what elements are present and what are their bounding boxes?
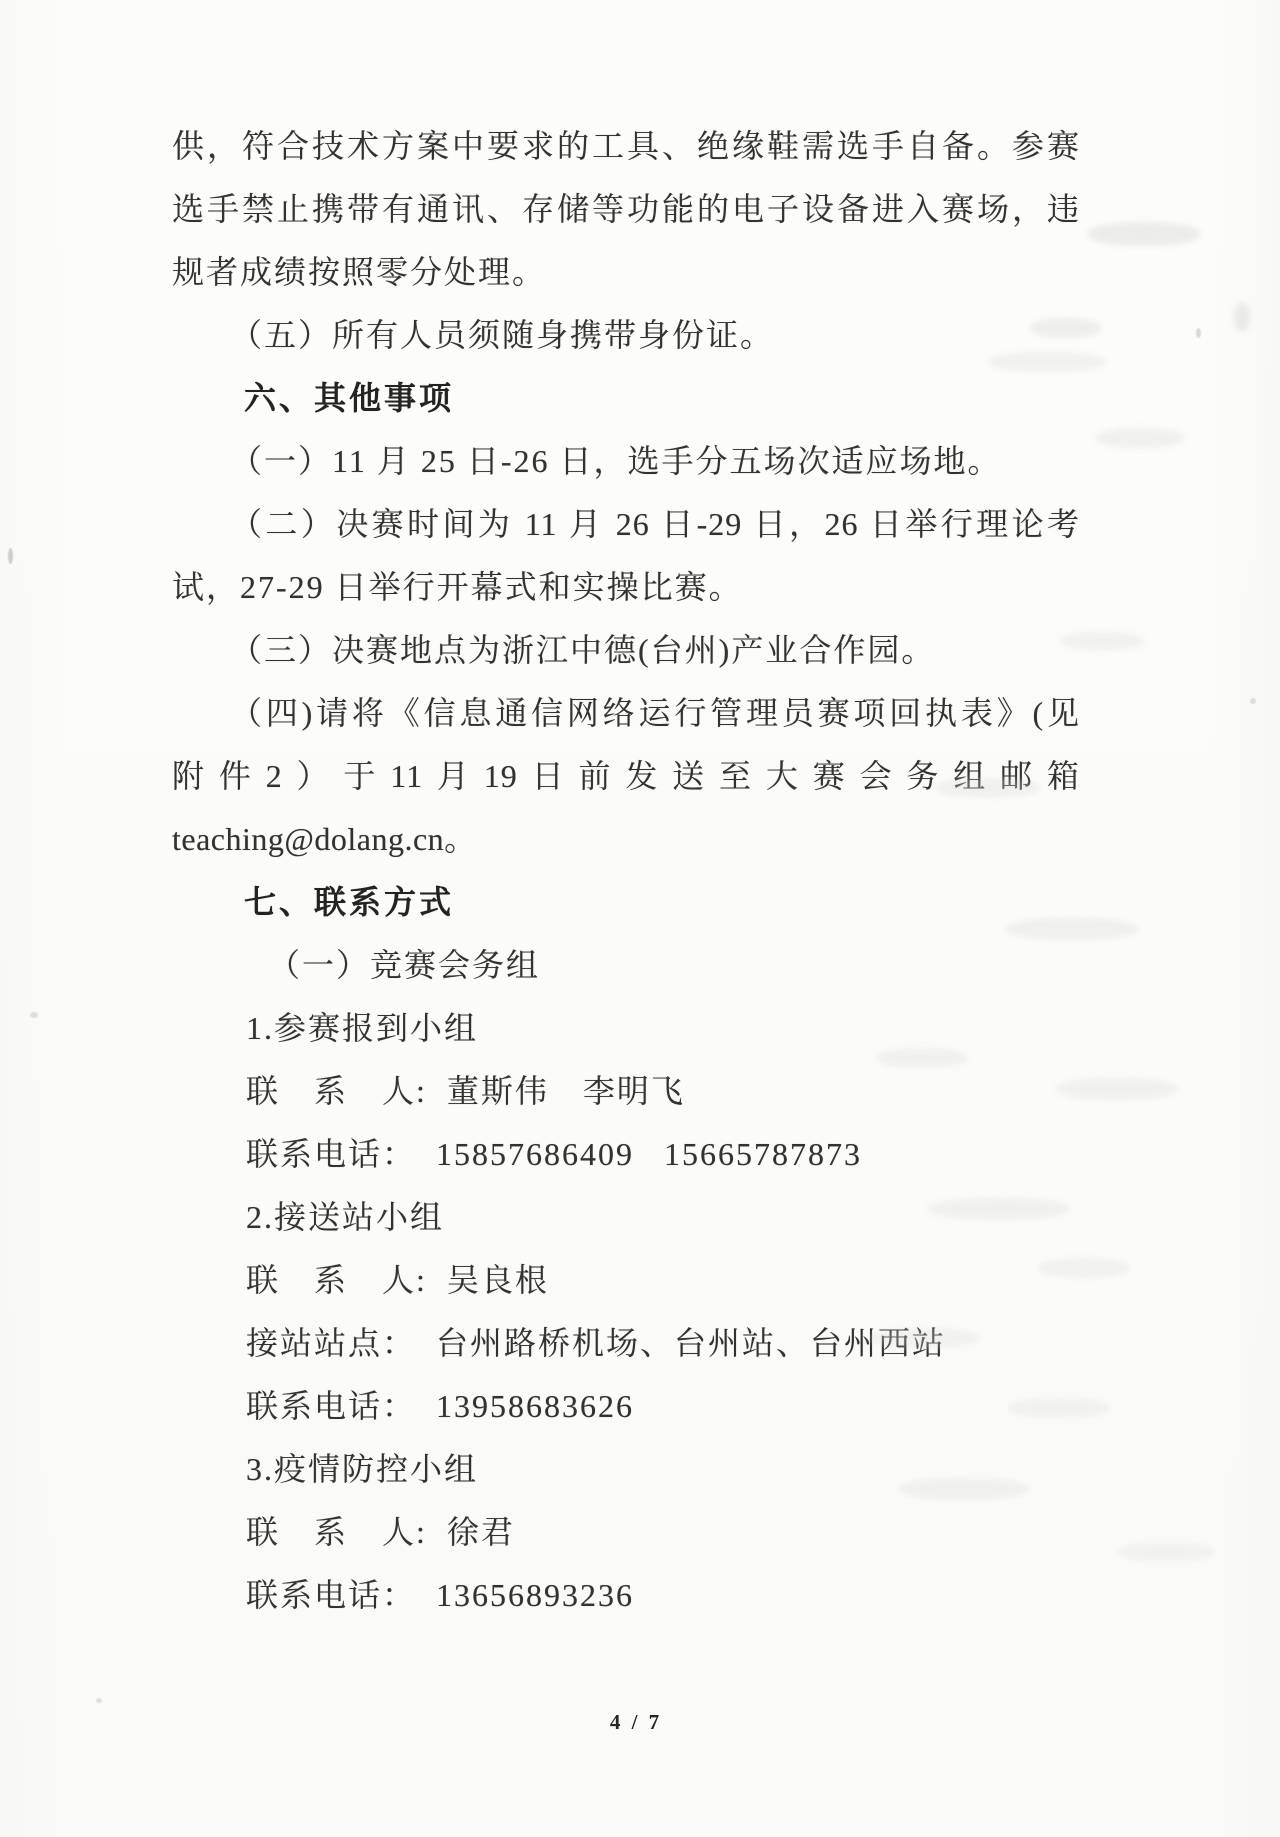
footer-page-number: 4 / 7	[0, 1706, 1272, 1738]
document-line: 选手禁止携带有通讯、存储等功能的电子设备进入赛场，违	[172, 178, 1080, 241]
contact-person-line: 联 系 人: 董斯伟 李明飞	[172, 1060, 1080, 1123]
document-line: （一）竞赛会务组	[172, 934, 1080, 997]
contact-phone-line: 联系电话： 13656893236	[172, 1564, 1080, 1627]
scan-artifact	[868, 1328, 980, 1348]
contact-person-line: 联 系 人: 吴良根	[172, 1249, 1080, 1312]
scan-speck	[96, 1698, 102, 1703]
document-line: 试，27-29 日举行开幕式和实操比赛。	[172, 556, 1080, 619]
document-line: （一）11 月 25 日-26 日，选手分五场次适应场地。	[172, 430, 1080, 493]
contact-phone-line: 联系电话： 13958683626	[172, 1375, 1080, 1438]
scan-artifact	[1096, 428, 1184, 448]
scan-artifact	[876, 1048, 968, 1068]
document-line: （四)请将《信息通信网络运行管理员赛项回执表》(见	[172, 682, 1080, 745]
document-page: 供，符合技术方案中要求的工具、绝缘鞋需选手自备。参赛 选手禁止携带有通讯、存储等…	[0, 0, 1280, 1837]
section-heading-contact-info: 七、联系方式	[172, 871, 1080, 934]
contact-person-line: 联 系 人: 徐君	[172, 1501, 1080, 1564]
scan-artifact	[1056, 1078, 1178, 1100]
contact-phone-line: 联系电话： 15857686409 15665787873	[172, 1123, 1080, 1186]
scan-artifact	[988, 352, 1106, 372]
scan-artifact	[1234, 303, 1250, 331]
scan-artifact	[1006, 918, 1138, 940]
scan-artifact	[1088, 222, 1200, 246]
text-column: 供，符合技术方案中要求的工具、绝缘鞋需选手自备。参赛 选手禁止携带有通讯、存储等…	[172, 115, 1080, 1627]
scan-artifact	[1030, 318, 1102, 338]
scan-artifact	[898, 1478, 1030, 1500]
scan-speck	[30, 1012, 38, 1018]
scan-speck	[1250, 698, 1256, 704]
scan-artifact	[1118, 1542, 1214, 1562]
document-line: （三）决赛地点为浙江中德(台州)产业合作园。	[172, 619, 1080, 682]
scan-artifact	[1008, 1398, 1110, 1418]
scan-artifact	[936, 778, 1040, 798]
group-title-shuttle: 2.接送站小组	[172, 1186, 1080, 1249]
document-line: 供，符合技术方案中要求的工具、绝缘鞋需选手自备。参赛	[172, 115, 1080, 178]
document-line: 规者成绩按照零分处理。	[172, 241, 1080, 304]
scan-speck	[1196, 328, 1201, 338]
email-address: teaching@dolang.cn。	[172, 808, 1080, 871]
document-line: （二）决赛时间为 11 月 26 日-29 日，26 日举行理论考	[172, 493, 1080, 556]
scan-artifact	[1038, 1258, 1130, 1278]
scan-artifact	[1060, 632, 1144, 650]
section-heading-other-matters: 六、其他事项	[172, 367, 1080, 430]
scan-artifact	[928, 1198, 1070, 1220]
document-line: （五）所有人员须随身携带身份证。	[172, 304, 1080, 367]
document-line: 附件2）于11月19日前发送至大赛会务组邮箱	[172, 745, 1080, 808]
scan-speck	[8, 548, 13, 564]
